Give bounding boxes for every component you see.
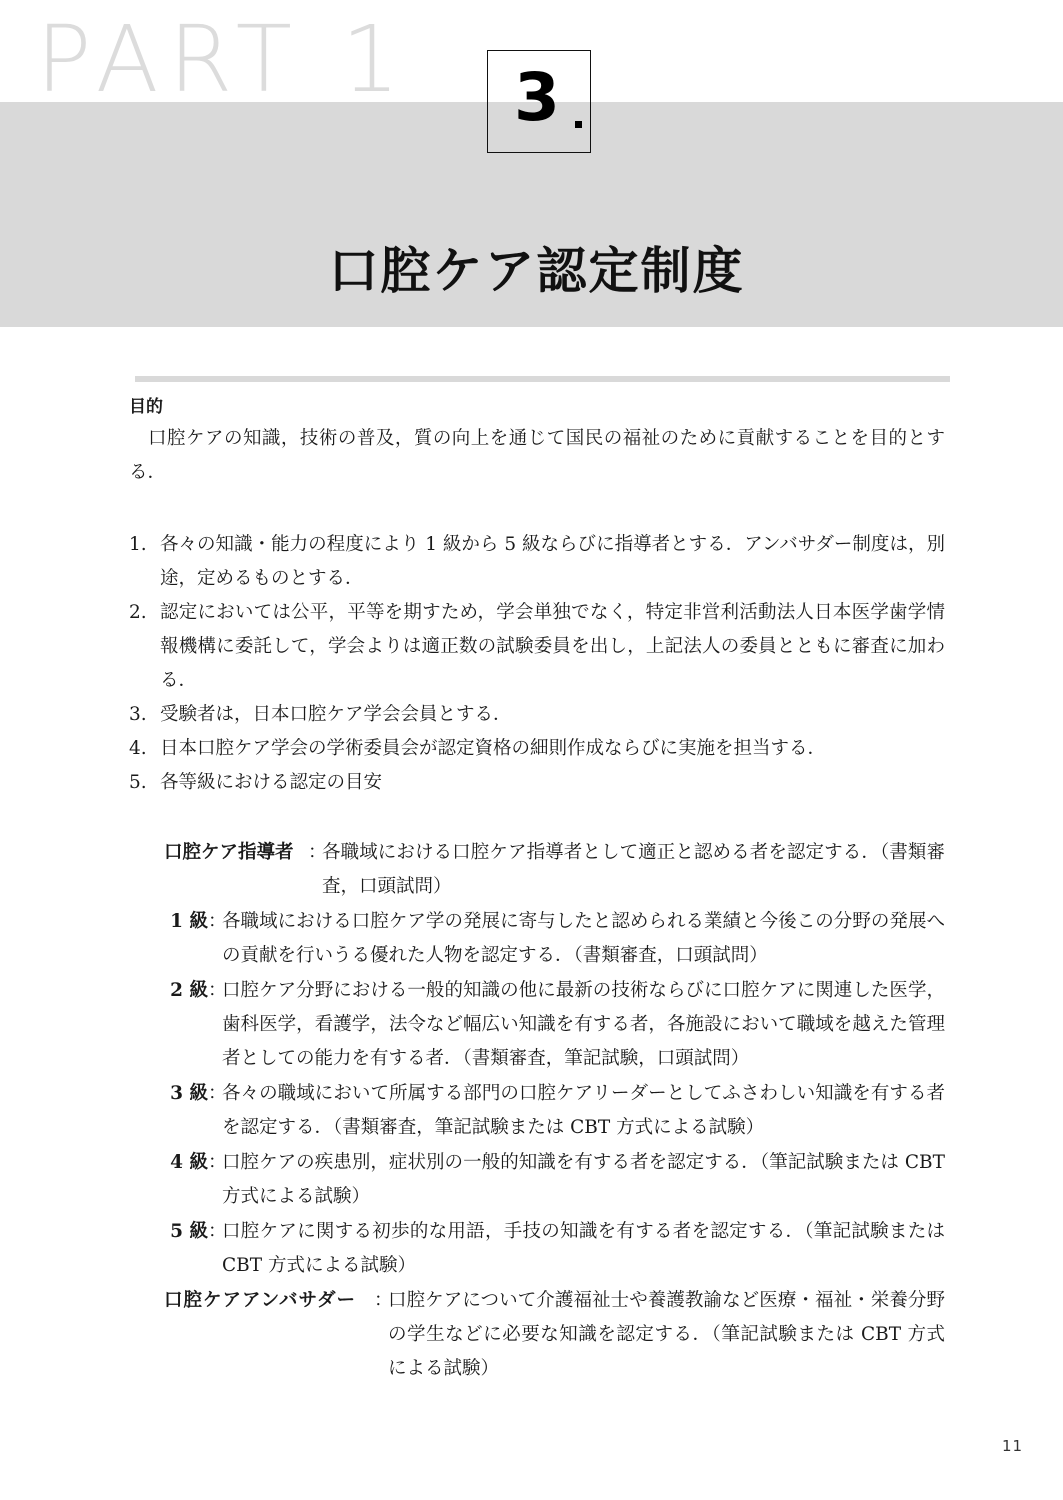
level-description: 口腔ケア分野における一般的知識の他に最新の技術ならびに口腔ケアに関連した医学，歯… bbox=[222, 974, 945, 1076]
level-description: 各々の職域において所属する部門の口腔ケアリーダーとしてふさわしい知識を有する者を… bbox=[222, 1077, 945, 1145]
list-item: 3. 受験者は，日本口腔ケア学会会員とする． bbox=[129, 698, 945, 732]
list-item: 2. 認定においては公平，平等を期すため，学会単独でなく，特定非営利活動法人日本… bbox=[129, 596, 945, 698]
level-colon: ： bbox=[308, 836, 322, 870]
level-grade-3: 3 級 ： 各々の職域において所属する部門の口腔ケアリーダーとしてふさわしい知識… bbox=[164, 1077, 945, 1145]
level-label: 4 級 bbox=[164, 1146, 208, 1180]
purpose-heading: 目的 bbox=[129, 392, 945, 422]
level-label: 3 級 bbox=[164, 1077, 208, 1111]
list-item: 1. 各々の知識・能力の程度により 1 級から 5 級ならびに指導者とする．アン… bbox=[129, 528, 945, 596]
level-colon: ： bbox=[208, 1077, 222, 1111]
level-label: 5 級 bbox=[164, 1215, 208, 1249]
list-item-text: 各等級における認定の目安 bbox=[160, 772, 382, 793]
list-item-number: 5. bbox=[129, 766, 147, 800]
page-number: 11 bbox=[1002, 1437, 1023, 1455]
chapter-number: 3 bbox=[514, 65, 560, 131]
level-grade-1: 1 級 ： 各職域における口腔ケア学の発展に寄与したと認められる業績と今後この分… bbox=[164, 905, 945, 973]
list-item-number: 3. bbox=[129, 698, 147, 732]
level-colon: ： bbox=[208, 905, 222, 939]
level-colon: ： bbox=[208, 1215, 222, 1249]
level-instructor: 口腔ケア指導者 ： 各職域における口腔ケア指導者として適正と認める者を認定する．… bbox=[164, 836, 945, 904]
level-grade-5: 5 級 ： 口腔ケアに関する初歩的な用語，手技の知識を有する者を認定する．（筆記… bbox=[164, 1215, 945, 1283]
level-description: 口腔ケアについて介護福祉士や養護教諭など医療・福祉・栄養分野の学生などに必要な知… bbox=[388, 1284, 945, 1386]
list-item-text: 受験者は，日本口腔ケア学会会員とする． bbox=[160, 704, 512, 725]
list-item: 4. 日本口腔ケア学会の学術委員会が認定資格の細則作成ならびに実施を担当する． bbox=[129, 732, 945, 766]
list-item-number: 2. bbox=[129, 596, 147, 630]
list-item-number: 4. bbox=[129, 732, 147, 766]
level-description: 各職域における口腔ケア学の発展に寄与したと認められる業績と今後この分野の発展への… bbox=[222, 905, 945, 973]
level-grade-2: 2 級 ： 口腔ケア分野における一般的知識の他に最新の技術ならびに口腔ケアに関連… bbox=[164, 974, 945, 1076]
list-item: 5. 各等級における認定の目安 bbox=[129, 766, 945, 800]
level-label: 口腔ケアアンバサダー bbox=[164, 1284, 374, 1318]
numbered-list: 1. 各々の知識・能力の程度により 1 級から 5 級ならびに指導者とする．アン… bbox=[129, 528, 945, 800]
certification-levels: 口腔ケア指導者 ： 各職域における口腔ケア指導者として適正と認める者を認定する．… bbox=[164, 836, 945, 1386]
chapter-number-box: 3 bbox=[487, 50, 591, 153]
level-grade-4: 4 級 ： 口腔ケアの疾患別，症状別の一般的知識を有する者を認定する．（筆記試験… bbox=[164, 1146, 945, 1214]
level-ambassador: 口腔ケアアンバサダー ： 口腔ケアについて介護福祉士や養護教諭など医療・福祉・栄… bbox=[164, 1284, 945, 1386]
level-label: 口腔ケア指導者 bbox=[164, 836, 308, 870]
level-colon: ： bbox=[374, 1284, 388, 1318]
level-description: 口腔ケアの疾患別，症状別の一般的知識を有する者を認定する．（筆記試験または CB… bbox=[222, 1146, 945, 1214]
list-item-text: 認定においては公平，平等を期すため，学会単独でなく，特定非営利活動法人日本医学歯… bbox=[160, 602, 945, 691]
list-item-number: 1. bbox=[129, 528, 147, 562]
main-content: 目的 口腔ケアの知識，技術の普及，質の向上を通じて国民の福祉のために貢献すること… bbox=[129, 392, 945, 1387]
purpose-text: 口腔ケアの知識，技術の普及，質の向上を通じて国民の福祉のために貢献することを目的… bbox=[129, 422, 945, 490]
list-item-text: 各々の知識・能力の程度により 1 級から 5 級ならびに指導者とする．アンバサダ… bbox=[160, 534, 945, 589]
level-label: 2 級 bbox=[164, 974, 208, 1008]
part-label: PART 1 bbox=[36, 14, 410, 106]
level-description: 口腔ケアに関する初歩的な用語，手技の知識を有する者を認定する．（筆記試験または … bbox=[222, 1215, 945, 1283]
level-colon: ： bbox=[208, 1146, 222, 1180]
level-colon: ： bbox=[208, 974, 222, 1008]
level-description: 各職域における口腔ケア指導者として適正と認める者を認定する．（書類審査，口頭試問… bbox=[322, 836, 945, 904]
section-divider bbox=[135, 376, 950, 382]
list-item-text: 日本口腔ケア学会の学術委員会が認定資格の細則作成ならびに実施を担当する． bbox=[160, 738, 826, 759]
page-title: 口腔ケア認定制度 bbox=[0, 246, 1063, 296]
level-label: 1 級 bbox=[164, 905, 208, 939]
chapter-dot bbox=[575, 121, 582, 128]
